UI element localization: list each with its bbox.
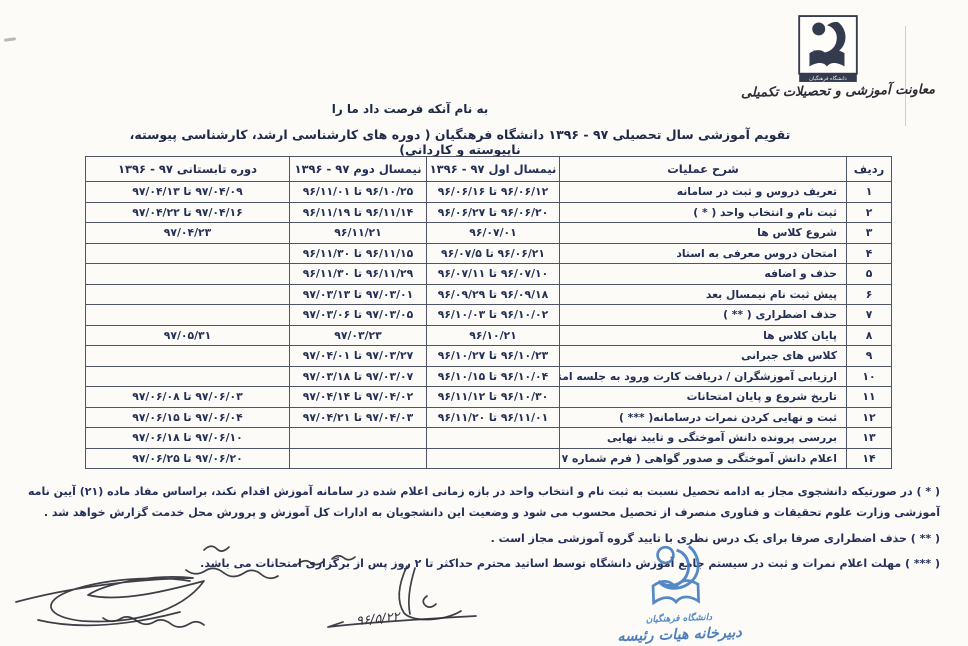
table-row: ۱ تعریف دروس و ثبت در سامانه ۹۶/۰۶/۱۲ تا…	[86, 182, 892, 203]
university-logo-block: دانشگاه فرهنگیان	[793, 14, 863, 88]
sem2-date-cell: ۹۷/۰۳/۰۵ تا ۹۷/۰۳/۰۶	[290, 305, 427, 326]
row-number-cell: ۱۰	[847, 366, 892, 387]
sem1-date-cell: ۹۶/۰۷/۱۰ تا ۹۶/۰۷/۱۱	[427, 264, 560, 285]
row-number-cell: ۲	[847, 202, 892, 223]
summer-date-cell: ۹۷/۰۴/۱۶ تا ۹۷/۰۴/۲۲	[86, 202, 290, 223]
row-number-cell: ۴	[847, 243, 892, 264]
summer-date-cell	[86, 366, 290, 387]
table-row: ۱۰ ارزیابی آموزشگران / دریافت کارت ورود …	[86, 366, 892, 387]
summer-date-cell: ۹۷/۰۵/۳۱	[86, 325, 290, 346]
operation-cell: کلاس های جبرانی	[560, 346, 847, 367]
sem1-date-cell: ۹۶/۱۰/۲۳ تا ۹۶/۱۰/۲۷	[427, 346, 560, 367]
sem1-date-cell	[427, 448, 560, 469]
sem1-date-cell: ۹۶/۰۶/۲۱ تا ۹۶/۰۷/۵	[427, 243, 560, 264]
sem1-date-cell: ۹۶/۰۹/۱۸ تا ۹۶/۰۹/۲۹	[427, 284, 560, 305]
signature-left	[16, 577, 204, 622]
sem1-date-cell: ۹۶/۰۷/۰۱	[427, 223, 560, 244]
operation-cell: اعلام دانش آموختگی و صدور گواهی ( فرم شم…	[560, 448, 847, 469]
col-header-row-no: ردیف	[847, 157, 892, 182]
sem1-date-cell	[427, 428, 560, 449]
sem2-date-cell: ۹۷/۰۳/۲۳	[290, 325, 427, 346]
bismillah-line: به نام آنکه فرصت داد ما را	[290, 102, 530, 116]
scan-artifact	[905, 26, 906, 126]
table-row: ۴ امتحان دروس معرفی به استاد ۹۶/۰۶/۲۱ تا…	[86, 243, 892, 264]
table-row: ۱۳ بررسی پرونده دانش آموختگی و تایید نها…	[86, 428, 892, 449]
signature-center-curl	[423, 596, 436, 607]
handwritten-signatures	[8, 524, 538, 646]
sem1-date-cell: ۹۶/۱۰/۰۴ تا ۹۶/۱۰/۱۵	[427, 366, 560, 387]
summer-date-cell	[86, 305, 290, 326]
secretariat-stamp: دانشگاه فرهنگیان دبیرخانه هیات رئیسه	[591, 537, 764, 646]
department-calligraphy: معاونت آموزشی و تحصیلات تکمیلی	[738, 82, 938, 100]
handwritten-note	[204, 546, 229, 551]
handwritten-note	[186, 568, 278, 578]
handwritten-note	[298, 556, 355, 565]
table-row: ۷ حذف اضطراری ( ** ) ۹۶/۱۰/۰۲ تا ۹۶/۱۰/۰…	[86, 305, 892, 326]
operation-cell: ثبت و نهایی کردن نمرات درسامانه( *** )	[560, 407, 847, 428]
summer-date-cell: ۹۷/۰۶/۰۳ تا ۹۷/۰۶/۰۸	[86, 387, 290, 408]
operation-cell: حذف اضطراری ( ** )	[560, 305, 847, 326]
table-header-row: ردیف شرح عملیات نیمسال اول ۹۷ - ۱۳۹۶ نیم…	[86, 157, 892, 182]
summer-date-cell: ۹۷/۰۴/۰۹ تا ۹۷/۰۴/۱۳	[86, 182, 290, 203]
stamp-logo-icon	[636, 539, 718, 614]
col-header-sem1: نیمسال اول ۹۷ - ۱۳۹۶	[427, 157, 560, 182]
summer-date-cell: ۹۷/۰۶/۰۴ تا ۹۷/۰۶/۱۵	[86, 407, 290, 428]
signature-underline	[328, 616, 476, 627]
sem1-date-cell: ۹۶/۰۶/۲۰ تا ۹۶/۰۶/۲۷	[427, 202, 560, 223]
summer-date-cell	[86, 284, 290, 305]
academic-calendar-table: ردیف شرح عملیات نیمسال اول ۹۷ - ۱۳۹۶ نیم…	[85, 156, 892, 469]
sem2-date-cell: ۹۷/۰۳/۲۷ تا ۹۷/۰۴/۰۱	[290, 346, 427, 367]
table-row: ۲ ثبت نام و انتخاب واحد ( * ) ۹۶/۰۶/۲۰ ت…	[86, 202, 892, 223]
logo-university-name: دانشگاه فرهنگیان	[809, 75, 847, 82]
sem1-date-cell: ۹۶/۱۰/۲۱	[427, 325, 560, 346]
summer-date-cell	[86, 346, 290, 367]
summer-date-cell	[86, 243, 290, 264]
sem2-date-cell: ۹۷/۰۳/۰۷ تا ۹۷/۰۳/۱۸	[290, 366, 427, 387]
row-number-cell: ۱۳	[847, 428, 892, 449]
operation-cell: تاریخ شروع و پایان امتحانات	[560, 387, 847, 408]
summer-date-cell: ۹۷/۰۶/۱۰ تا ۹۷/۰۶/۱۸	[86, 428, 290, 449]
sem2-date-cell: ۹۶/۱۱/۲۱	[290, 223, 427, 244]
sem2-date-cell: ۹۶/۱۱/۱۴ تا ۹۶/۱۱/۱۹	[290, 202, 427, 223]
operation-cell: تعریف دروس و ثبت در سامانه	[560, 182, 847, 203]
col-header-operation: شرح عملیات	[560, 157, 847, 182]
operation-cell: پیش ثبت نام نیمسال بعد	[560, 284, 847, 305]
sem2-date-cell: ۹۶/۱۱/۱۵ تا ۹۶/۱۱/۳۰	[290, 243, 427, 264]
row-number-cell: ۱۲	[847, 407, 892, 428]
col-header-sem2: نیمسال دوم ۹۷ - ۱۳۹۶	[290, 157, 427, 182]
table-row: ۶ پیش ثبت نام نیمسال بعد ۹۶/۰۹/۱۸ تا ۹۶/…	[86, 284, 892, 305]
sem2-date-cell: ۹۷/۰۴/۰۲ تا ۹۷/۰۴/۱۴	[290, 387, 427, 408]
row-number-cell: ۷	[847, 305, 892, 326]
sem1-date-cell: ۹۶/۰۶/۱۲ تا ۹۶/۰۶/۱۶	[427, 182, 560, 203]
operation-cell: بررسی پرونده دانش آموختگی و تایید نهایی	[560, 428, 847, 449]
scanned-document-page: دانشگاه فرهنگیان معاونت آموزشی و تحصیلات…	[0, 0, 968, 646]
stamp-office-name: دبیرخانه هیات رئیسه	[594, 623, 764, 646]
row-number-cell: ۵	[847, 264, 892, 285]
scan-artifact	[4, 37, 16, 42]
operation-cell: حذف و اضافه	[560, 264, 847, 285]
summer-date-cell	[86, 264, 290, 285]
row-number-cell: ۸	[847, 325, 892, 346]
signature-center	[399, 566, 461, 620]
summer-date-cell: ۹۷/۰۶/۲۰ تا ۹۷/۰۶/۲۵	[86, 448, 290, 469]
document-title: تقویم آموزشی سال تحصیلی ۹۷ - ۱۳۹۶ دانشگا…	[115, 127, 805, 157]
sem2-date-cell: ۹۶/۱۰/۲۵ تا ۹۶/۱۱/۰۱	[290, 182, 427, 203]
row-number-cell: ۹	[847, 346, 892, 367]
table-row: ۹ کلاس های جبرانی ۹۶/۱۰/۲۳ تا ۹۶/۱۰/۲۷ ۹…	[86, 346, 892, 367]
row-number-cell: ۱	[847, 182, 892, 203]
sem1-date-cell: ۹۶/۱۱/۰۱ تا ۹۶/۱۱/۲۰	[427, 407, 560, 428]
table-row: ۸ پایان کلاس ها ۹۶/۱۰/۲۱ ۹۷/۰۳/۲۳ ۹۷/۰۵/…	[86, 325, 892, 346]
summer-date-cell: ۹۷/۰۴/۲۳	[86, 223, 290, 244]
university-logo-icon: دانشگاه فرهنگیان	[797, 14, 859, 84]
operation-cell: ارزیابی آموزشگران / دریافت کارت ورود به …	[560, 366, 847, 387]
sem1-date-cell: ۹۶/۱۰/۰۲ تا ۹۶/۱۰/۰۳	[427, 305, 560, 326]
sem2-date-cell: ۹۷/۰۳/۰۱ تا ۹۷/۰۳/۱۳	[290, 284, 427, 305]
footnote-1: ( * ) در صورتیکه دانشجوی مجاز به ادامه ت…	[28, 481, 940, 524]
table-row: ۱۱ تاریخ شروع و پایان امتحانات ۹۶/۱۰/۳۰ …	[86, 387, 892, 408]
col-header-summer: دوره تابستانی ۹۷ - ۱۳۹۶	[86, 157, 290, 182]
operation-cell: پایان کلاس ها	[560, 325, 847, 346]
sem2-date-cell: ۹۷/۰۴/۰۳ تا ۹۷/۰۴/۲۱	[290, 407, 427, 428]
sem1-date-cell: ۹۶/۱۰/۳۰ تا ۹۶/۱۱/۱۲	[427, 387, 560, 408]
row-number-cell: ۱۴	[847, 448, 892, 469]
table-row: ۱۴ اعلام دانش آموختگی و صدور گواهی ( فرم…	[86, 448, 892, 469]
table-row: ۳ شروع کلاس ها ۹۶/۰۷/۰۱ ۹۶/۱۱/۲۱ ۹۷/۰۴/۲…	[86, 223, 892, 244]
table-row: ۱۲ ثبت و نهایی کردن نمرات درسامانه( *** …	[86, 407, 892, 428]
operation-cell: ثبت نام و انتخاب واحد ( * )	[560, 202, 847, 223]
signature-center-stroke	[409, 568, 415, 614]
sem2-date-cell	[290, 448, 427, 469]
row-number-cell: ۱۱	[847, 387, 892, 408]
operation-cell: امتحان دروس معرفی به استاد	[560, 243, 847, 264]
row-number-cell: ۳	[847, 223, 892, 244]
signature-left-flourish	[38, 612, 180, 625]
operation-cell: شروع کلاس ها	[560, 223, 847, 244]
sem2-date-cell: ۹۶/۱۱/۲۹ تا ۹۶/۱۱/۳۰	[290, 264, 427, 285]
table-row: ۵ حذف و اضافه ۹۶/۰۷/۱۰ تا ۹۶/۰۷/۱۱ ۹۶/۱۱…	[86, 264, 892, 285]
row-number-cell: ۶	[847, 284, 892, 305]
sem2-date-cell	[290, 428, 427, 449]
